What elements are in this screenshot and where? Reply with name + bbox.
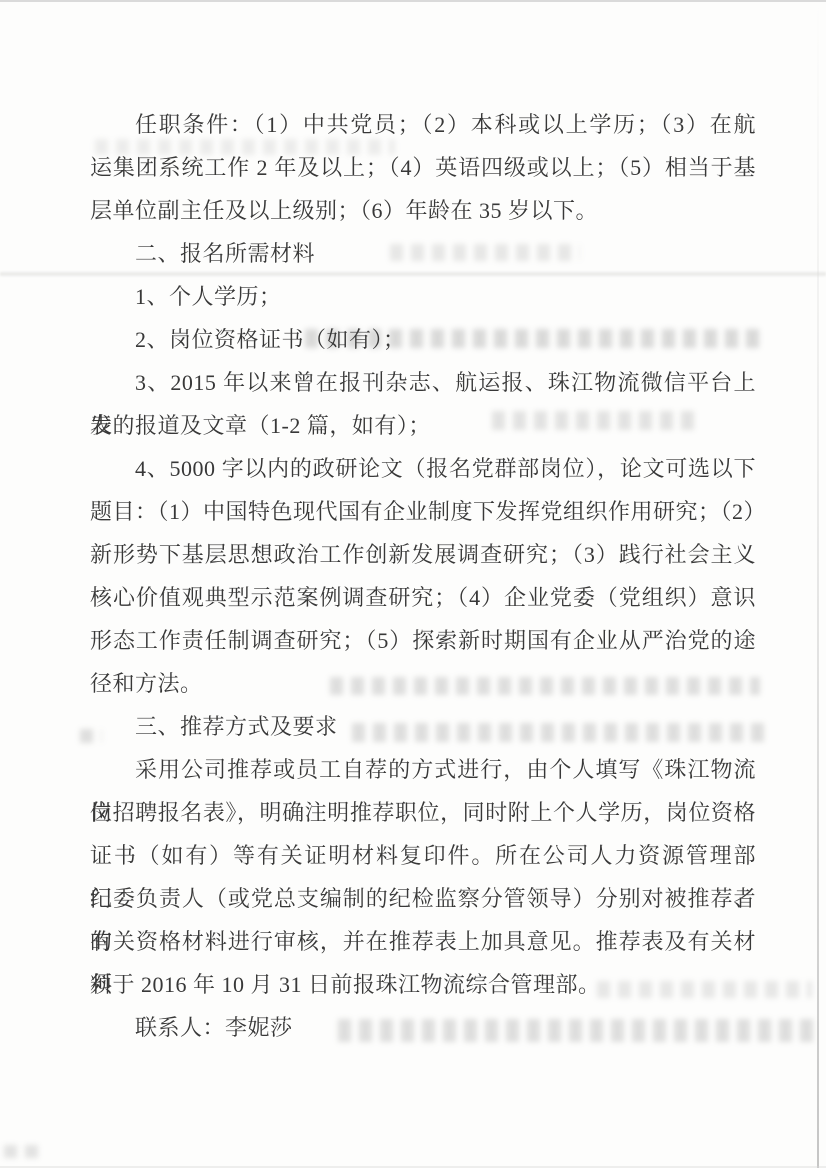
doc-line: 证书（如有）等有关证明材料复印件。所在公司人力资源管理部门、 xyxy=(90,834,756,877)
doc-list-item: 3、2015 年以来曾在报刊杂志、航运报、珠江物流微信平台上发 xyxy=(90,361,756,404)
doc-line: 运集团系统工作 2 年及以上；（4）英语四级或以上；（5）相当于基 xyxy=(90,146,756,189)
doc-line: 形态工作责任制调查研究；（5）探索新时期国有企业从严治党的途 xyxy=(90,619,756,662)
doc-list-item: 1、个人学历； xyxy=(90,275,756,318)
doc-line: 有关资格材料进行审核，并在推荐表上加具意见。推荐表及有关材料 xyxy=(90,920,756,963)
doc-line: 任职条件：（1）中共党员；（2）本科或以上学历；（3）在航 xyxy=(90,103,756,146)
doc-line: 纪委负责人（或党总支编制的纪检监察分管领导）分别对被推荐者的 xyxy=(90,877,756,920)
doc-line: 表的报道及文章（1-2 篇，如有）； xyxy=(90,404,756,447)
doc-line: 须于 2016 年 10 月 31 日前报珠江物流综合管理部。 xyxy=(90,963,756,1006)
doc-section-heading: 三、推荐方式及要求 xyxy=(90,705,756,748)
scanned-page: 任职条件：（1）中共党员；（2）本科或以上学历；（3）在航 运集团系统工作 2 … xyxy=(0,0,826,1168)
scan-edge-right xyxy=(817,0,819,1168)
doc-line: 径和方法。 xyxy=(90,662,756,705)
doc-line: 核心价值观典型示范案例调查研究；（4）企业党委（党组织）意识 xyxy=(90,576,756,619)
doc-line: 新形势下基层思想政治工作创新发展调查研究；（3）践行社会主义 xyxy=(90,533,756,576)
doc-line: 采用公司推荐或员工自荐的方式进行，由个人填写《珠江物流岗 xyxy=(90,748,756,791)
doc-line: 层单位副主任及以上级别；（6）年龄在 35 岁以下。 xyxy=(90,189,756,232)
bleedthrough-smudge xyxy=(4,1145,42,1158)
doc-line: 题目：（1）中国特色现代国有企业制度下发挥党组织作用研究；（2） xyxy=(90,490,756,533)
scan-edge-top xyxy=(0,0,826,2)
doc-list-item: 2、岗位资格证书（如有）； xyxy=(90,318,756,361)
document-body: 任职条件：（1）中共党员；（2）本科或以上学历；（3）在航 运集团系统工作 2 … xyxy=(90,103,756,1049)
doc-list-item: 4、5000 字以内的政研论文（报名党群部岗位），论文可选以下 xyxy=(90,447,756,490)
doc-section-heading: 二、报名所需材料 xyxy=(90,232,756,275)
doc-line: 位招聘报名表》，明确注明推荐职位，同时附上个人学历，岗位资格 xyxy=(90,791,756,834)
doc-contact-line: 联系人：李妮莎 xyxy=(90,1006,756,1049)
